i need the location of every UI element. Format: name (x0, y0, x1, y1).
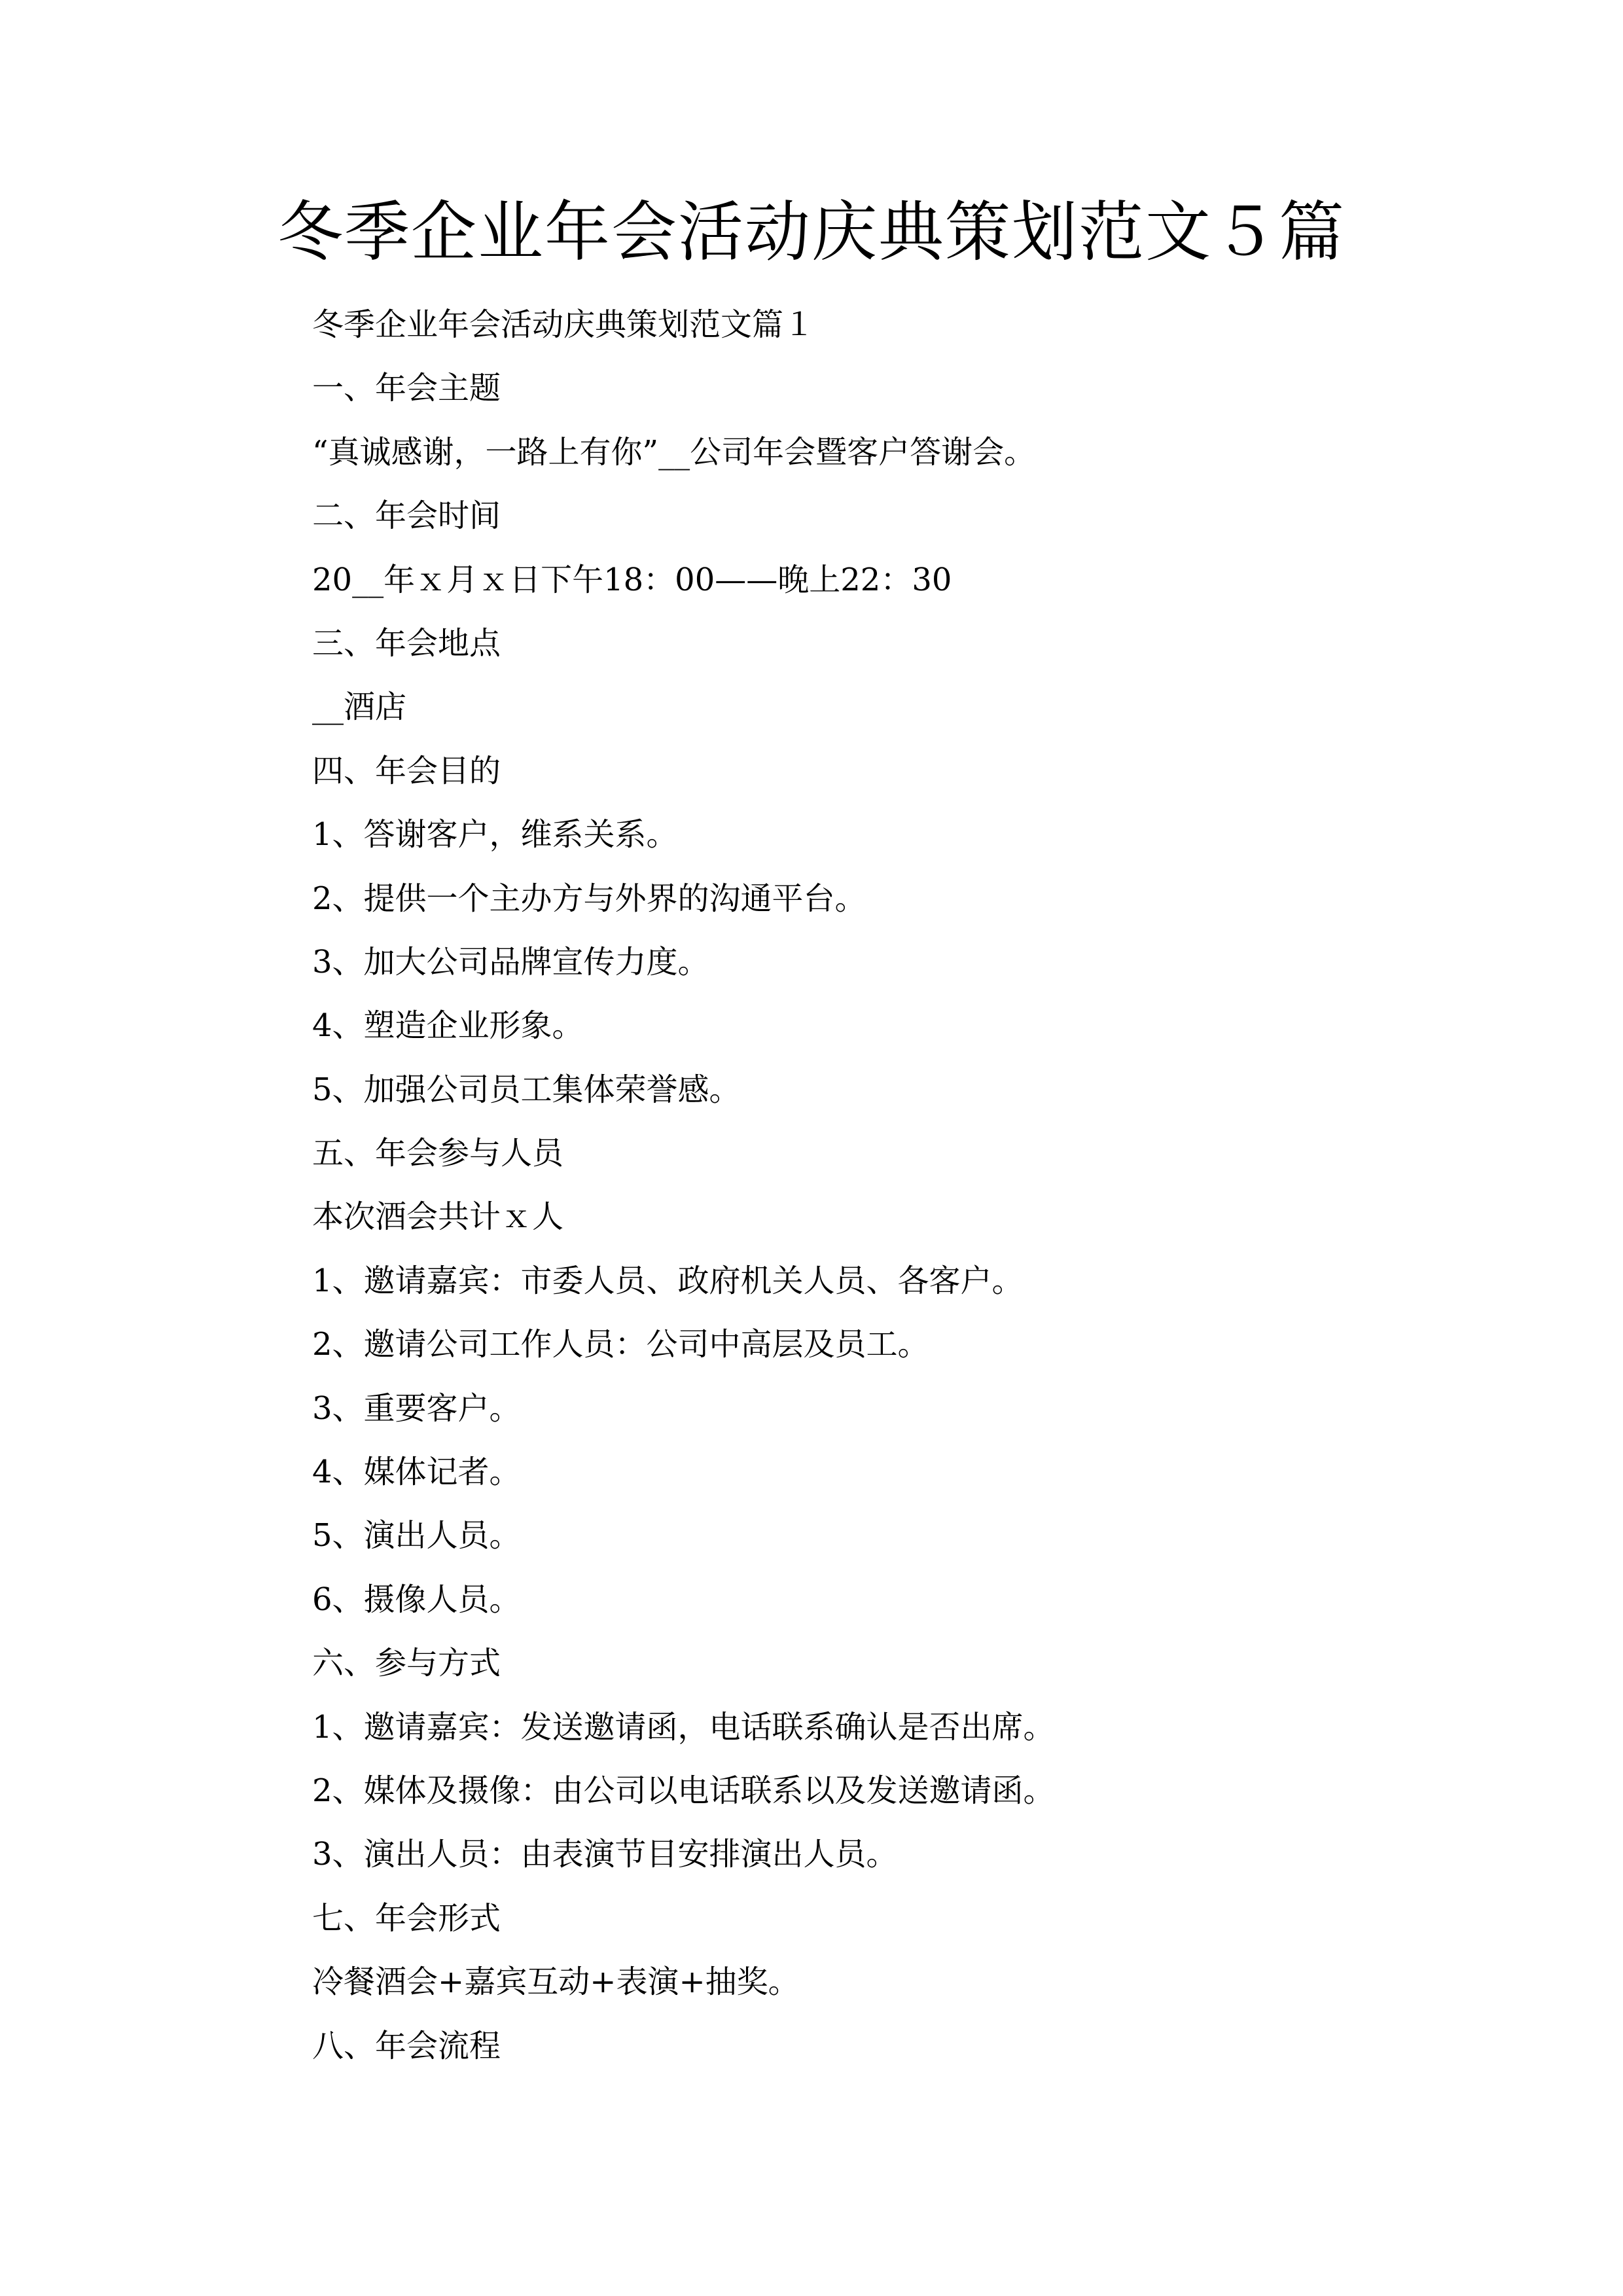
list-item: 4、塑造企业形象。 (312, 994, 1425, 1058)
heading-time: 二、年会时间 (312, 484, 1425, 548)
heading-agenda: 八、年会流程 (312, 2015, 1425, 2078)
list-item: 1、邀请嘉宾：市委人员、政府机关人员、各客户。 (312, 1249, 1425, 1313)
paragraph: 20__年ｘ月ｘ日下午18：00——晚上22：30 (312, 548, 1425, 612)
list-item: 1、答谢客户，维系关系。 (312, 803, 1425, 867)
list-item: 2、提供一个主办方与外界的沟通平台。 (312, 867, 1425, 931)
section-subtitle: 冬季企业年会活动庆典策划范文篇１ (312, 293, 1425, 357)
document-page: 冬季企业年会活动庆典策划范文５篇 冬季企业年会活动庆典策划范文篇１ 一、年会主题… (0, 0, 1623, 2296)
heading-location: 三、年会地点 (312, 612, 1425, 675)
list-item: 3、重要客户。 (312, 1377, 1425, 1441)
list-item: 5、加强公司员工集体荣誉感。 (312, 1058, 1425, 1122)
paragraph: “真诚感谢，一路上有你”__公司年会暨客户答谢会。 (312, 421, 1425, 484)
heading-participation-method: 六、参与方式 (312, 1632, 1425, 1695)
document-title: 冬季企业年会活动庆典策划范文５篇 (0, 190, 1623, 275)
heading-purpose: 四、年会目的 (312, 740, 1425, 803)
paragraph: 冷餐酒会+嘉宾互动+表演+抽奖。 (312, 1950, 1425, 2014)
heading-theme: 一、年会主题 (312, 357, 1425, 420)
paragraph: 本次酒会共计ｘ人 (312, 1185, 1425, 1249)
list-item: 6、摄像人员。 (312, 1568, 1425, 1632)
list-item: 1、邀请嘉宾：发送邀请函，电话联系确认是否出席。 (312, 1696, 1425, 1759)
list-item: 3、加大公司品牌宣传力度。 (312, 931, 1425, 994)
list-item: 4、媒体记者。 (312, 1441, 1425, 1504)
list-item: 2、邀请公司工作人员：公司中高层及员工。 (312, 1313, 1425, 1376)
list-item: 5、演出人员。 (312, 1504, 1425, 1568)
heading-format: 七、年会形式 (312, 1887, 1425, 1950)
document-body: 冬季企业年会活动庆典策划范文篇１ 一、年会主题 “真诚感谢，一路上有你”__公司… (312, 293, 1425, 2078)
paragraph: __酒店 (312, 675, 1425, 739)
list-item: 2、媒体及摄像：由公司以电话联系以及发送邀请函。 (312, 1759, 1425, 1823)
list-item: 3、演出人员：由表演节目安排演出人员。 (312, 1823, 1425, 1886)
heading-participants: 五、年会参与人员 (312, 1122, 1425, 1185)
